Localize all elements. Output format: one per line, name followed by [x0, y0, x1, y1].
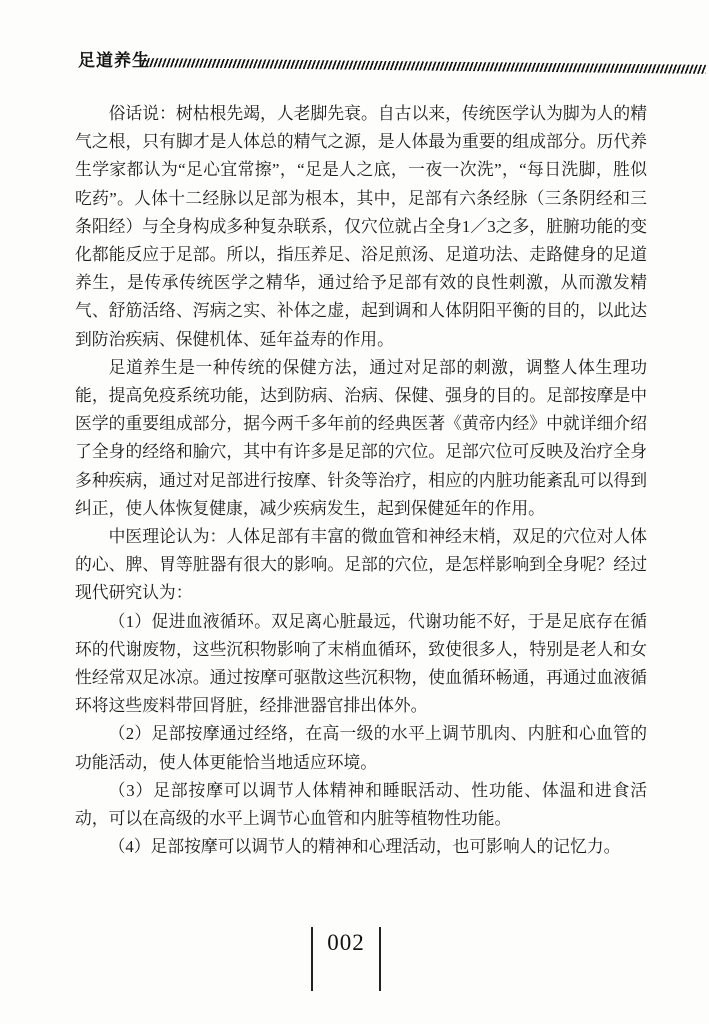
- page-footer: 002: [311, 927, 381, 991]
- body-text: 俗话说：树枯根先竭，人老脚先衰。自古以来，传统医学认为脚为人的精气之根，只有脚才…: [75, 100, 647, 861]
- page-number: 002: [311, 930, 381, 956]
- footer-right-bar: [379, 927, 381, 991]
- paragraph-tradition: 足道养生是一种传统的保健方法，通过对足部的刺激，调整人体生理功能，提高免疫系统功…: [75, 354, 647, 523]
- hatch-rule-decoration: [140, 58, 706, 74]
- book-page: 足道养生 俗话说：树枯根先竭，人老脚先衰。自古以来，传统医学认为脚为人的精气之根…: [0, 0, 709, 1024]
- paragraph-point-2: （2）足部按摩通过经络，在高一级的水平上调节肌肉、内脏和心血管的功能活动，使人体…: [75, 720, 647, 776]
- paragraph-intro: 俗话说：树枯根先竭，人老脚先衰。自古以来，传统医学认为脚为人的精气之根，只有脚才…: [75, 100, 647, 354]
- paragraph-tcm-theory: 中医理论认为：人体足部有丰富的微血管和神经末梢，双足的穴位对人体的心、脾、胃等脏…: [75, 523, 647, 608]
- paragraph-point-4: （4）足部按摩可以调节人的精神和心理活动，也可影响人的记忆力。: [75, 833, 647, 861]
- paragraph-point-3: （3）足部按摩可以调节人体精神和睡眠活动、性功能、体温和进食活动，可以在高级的水…: [75, 777, 647, 833]
- paragraph-point-1: （1）促进血液循环。双足离心脏最远，代谢功能不好，于是足底存在循环的代谢废物，这…: [75, 608, 647, 721]
